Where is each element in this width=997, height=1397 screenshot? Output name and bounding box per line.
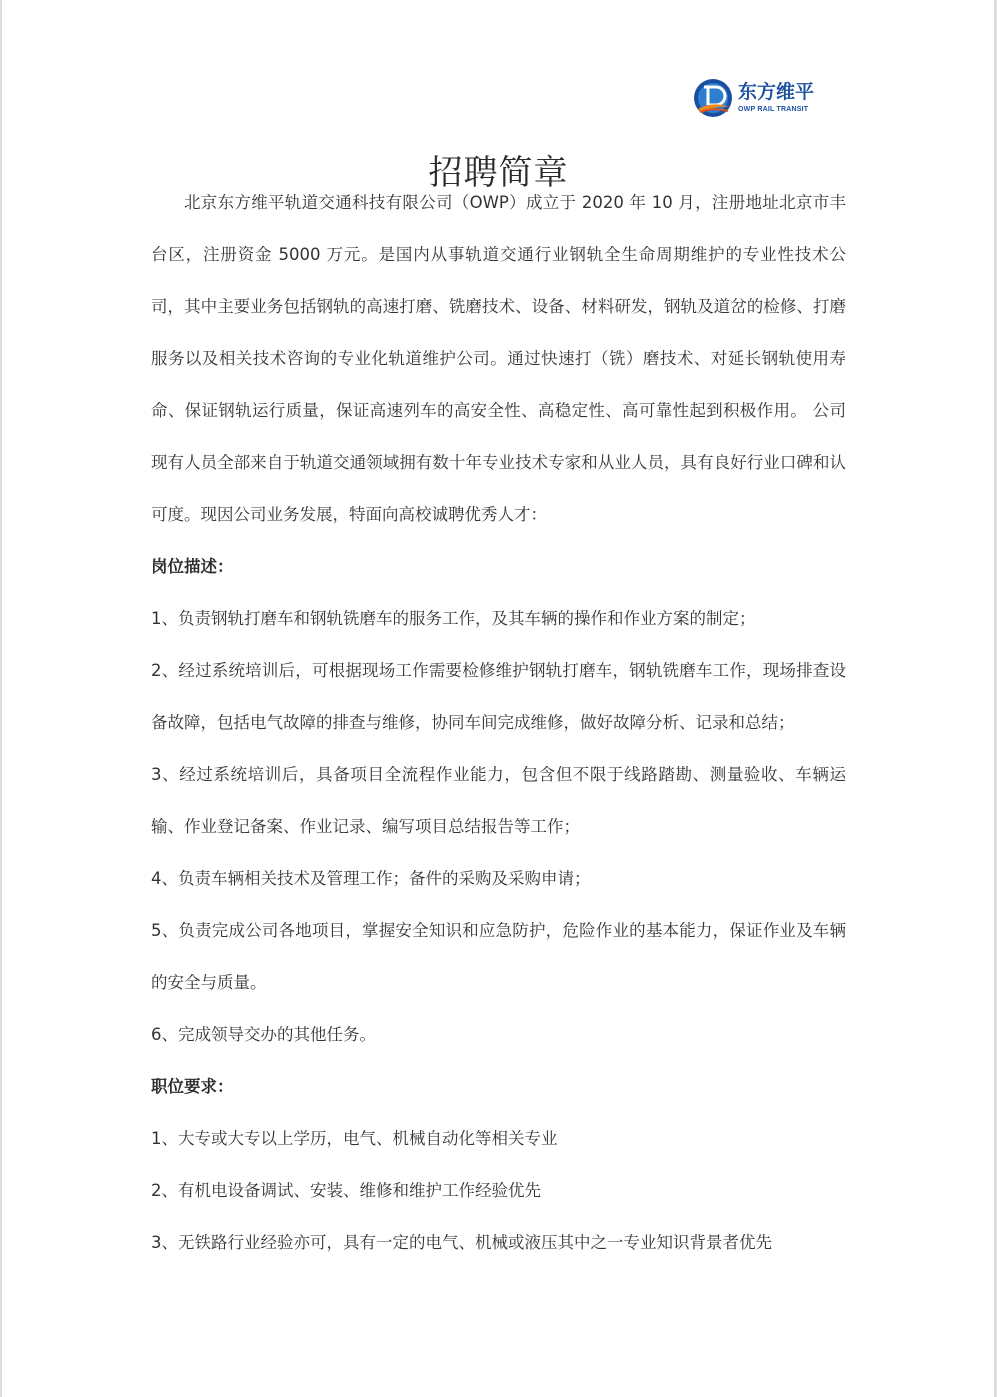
document-body: 北京东方维平轨道交通科技有限公司（OWP）成立于 2020 年 10 月，注册地… xyxy=(151,177,846,1269)
job-requirement-item: 2、有机电设备调试、安装、维修和维护工作经验优先 xyxy=(151,1165,846,1217)
logo-name-cn: 东方维平 xyxy=(738,83,814,102)
job-requirements-heading: 职位要求： xyxy=(151,1061,846,1113)
owp-logo-icon xyxy=(692,77,734,119)
company-logo: 东方维平 OWP RAIL TRANSIT xyxy=(692,77,814,119)
job-description-heading: 岗位描述： xyxy=(151,541,846,593)
job-description-item: 1、负责钢轨打磨车和钢轨铣磨车的服务工作，及其车辆的操作和作业方案的制定； xyxy=(151,593,846,645)
job-requirement-item: 3、无铁路行业经验亦可，具有一定的电气、机械或液压其中之一专业知识背景者优先 xyxy=(151,1217,846,1269)
job-description-item: 2、经过系统培训后，可根据现场工作需要检修维护钢轨打磨车，钢轨铣磨车工作，现场排… xyxy=(151,645,846,749)
page-edge-left xyxy=(0,0,2,1397)
intro-paragraph: 北京东方维平轨道交通科技有限公司（OWP）成立于 2020 年 10 月，注册地… xyxy=(151,177,846,541)
job-description-item: 4、负责车辆相关技术及管理工作；备件的采购及采购申请； xyxy=(151,853,846,905)
job-description-item: 6、完成领导交办的其他任务。 xyxy=(151,1009,846,1061)
job-description-item: 5、负责完成公司各地项目，掌握安全知识和应急防护，危险作业的基本能力，保证作业及… xyxy=(151,905,846,1009)
job-requirement-item: 1、大专或大专以上学历，电气、机械自动化等相关专业 xyxy=(151,1113,846,1165)
logo-name-en: OWP RAIL TRANSIT xyxy=(738,106,814,113)
job-description-item: 3、经过系统培训后，具备项目全流程作业能力，包含但不限于线路踏勘、测量验收、车辆… xyxy=(151,749,846,853)
